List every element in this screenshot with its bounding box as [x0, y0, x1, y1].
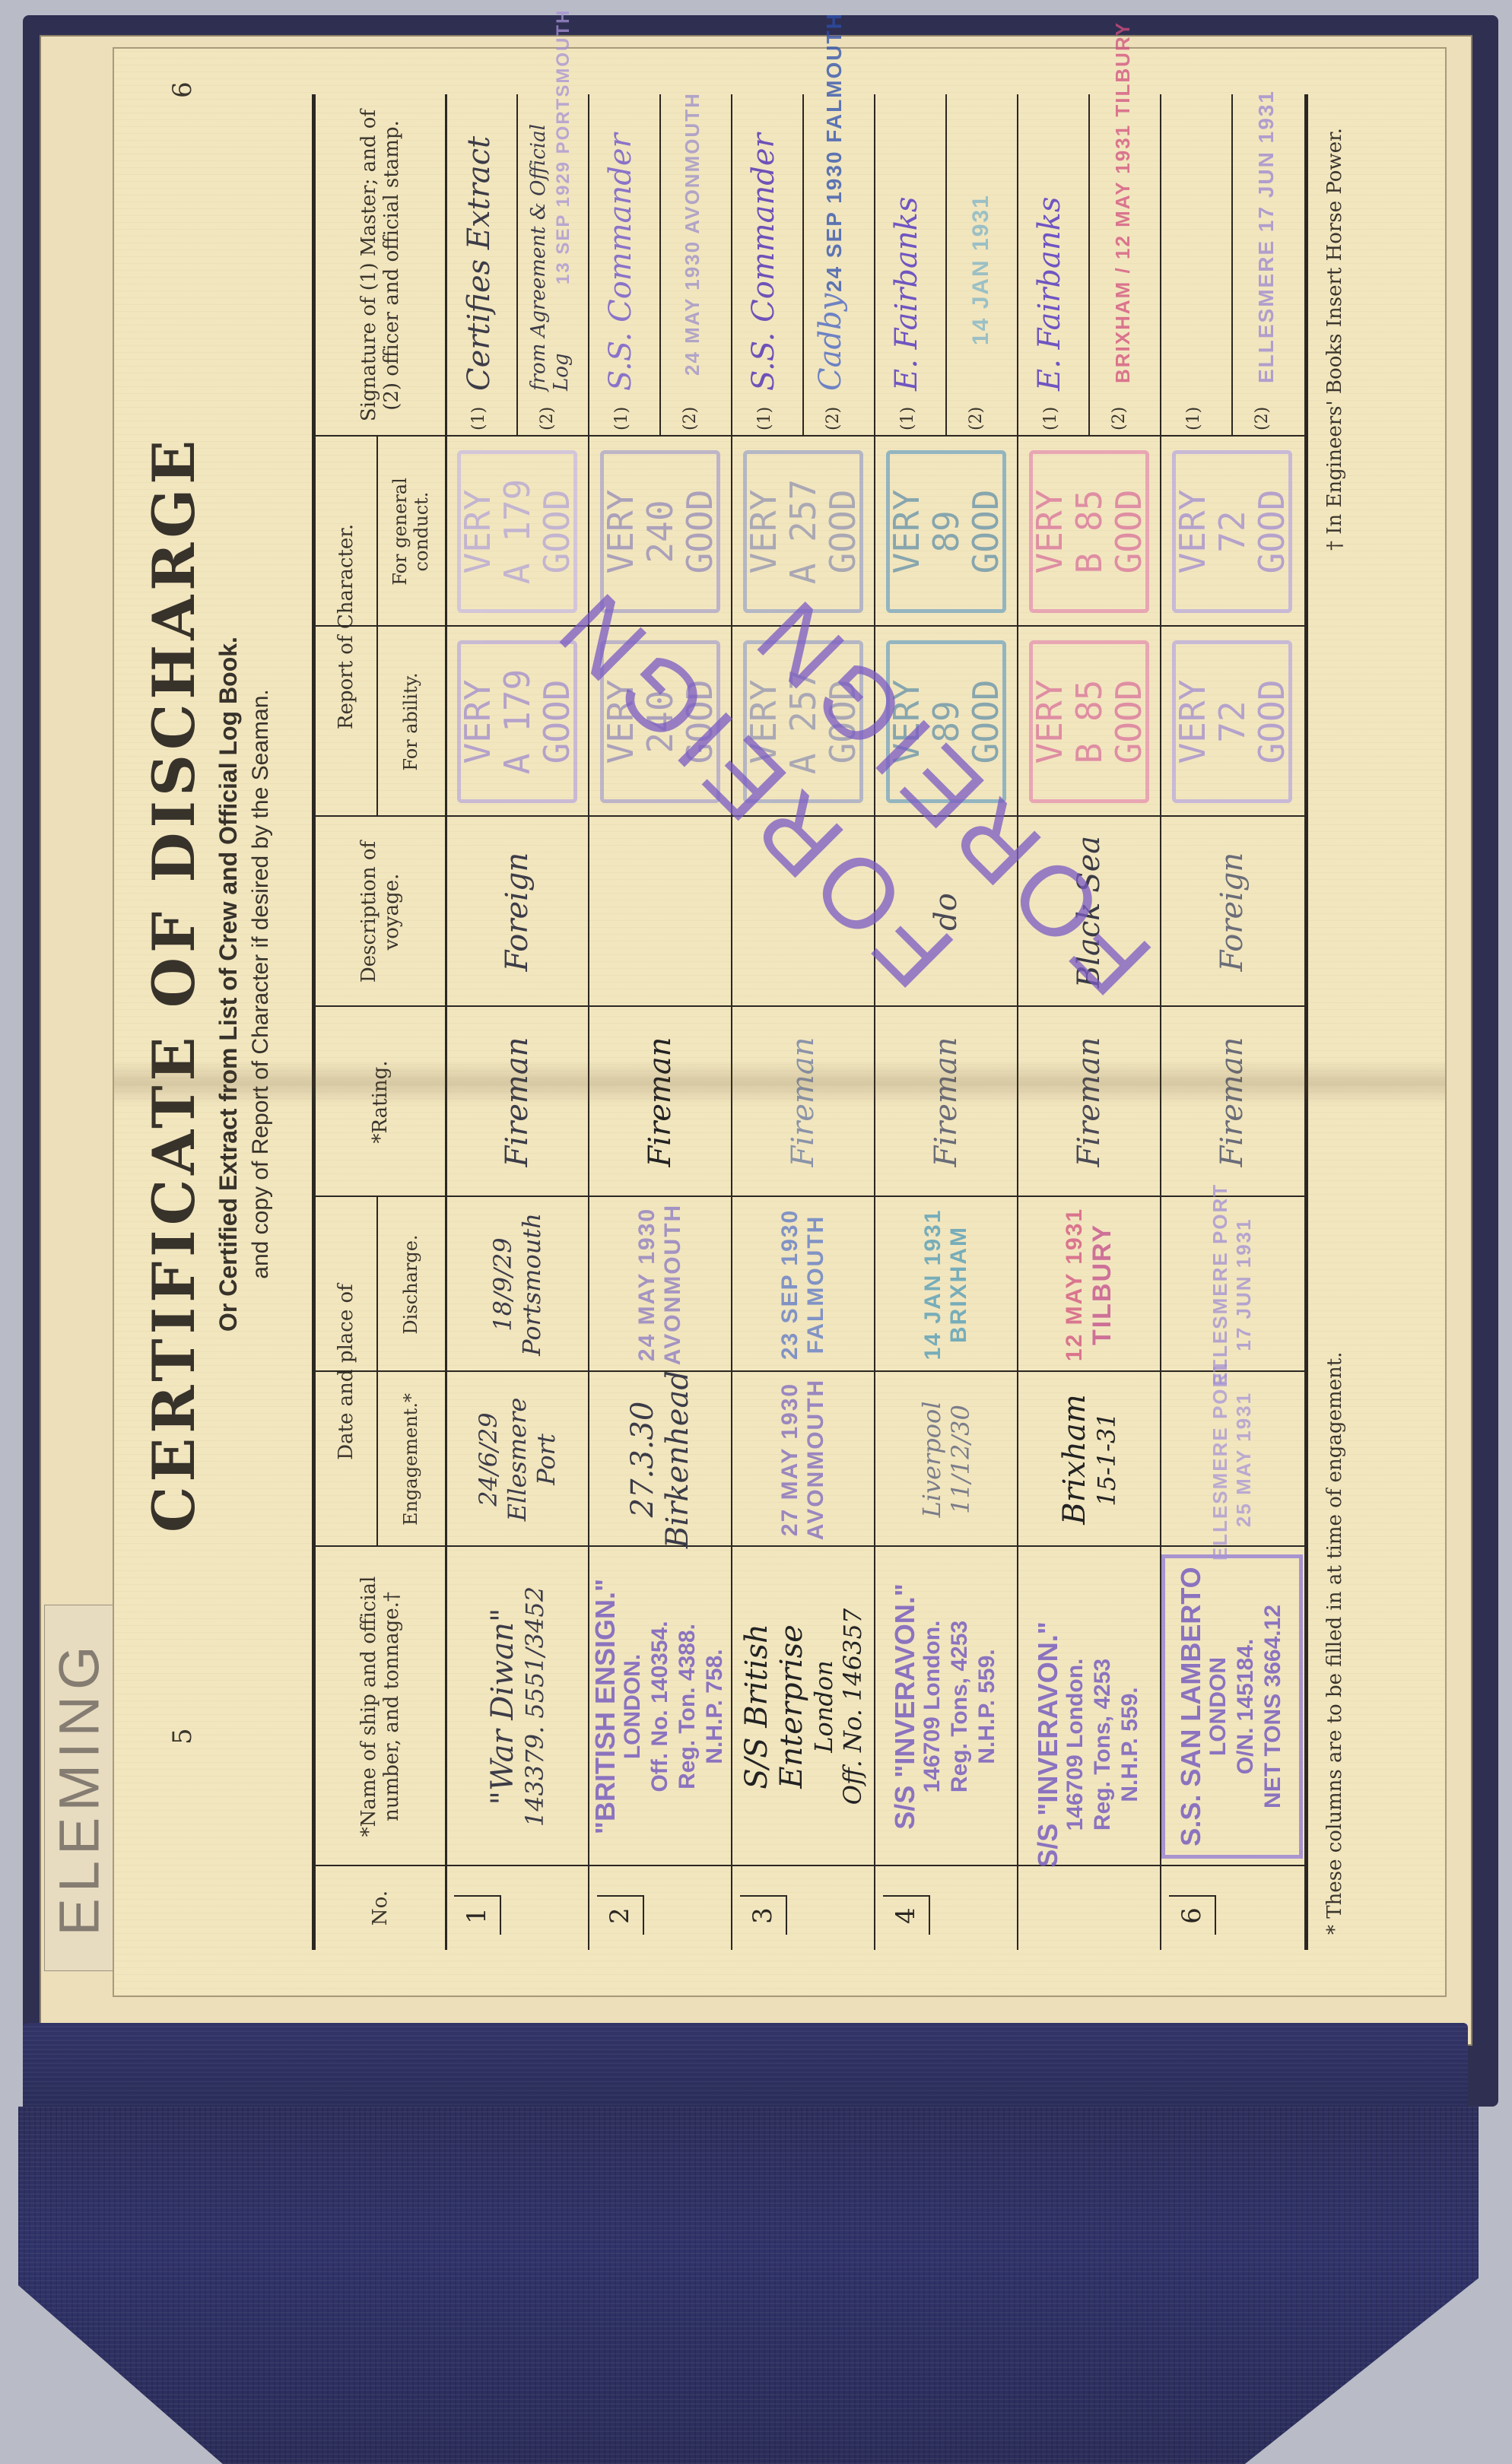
engagement-place: Birkenhead	[660, 1370, 695, 1548]
rating-value: Fireman	[929, 1037, 964, 1167]
character-stamp: VERY 89 GOOD	[886, 450, 1006, 613]
ship-name: S/S "INVERAVON."	[1034, 1621, 1062, 1868]
stamp-line: VERY	[744, 490, 783, 574]
ship-tonnage: Reg. Tons, 4253	[1089, 1659, 1117, 1831]
rating-value: Fireman	[643, 1037, 678, 1167]
ship-cell: S/S "INVERAVON." 146709 London. Reg. Ton…	[875, 1554, 1017, 1859]
stamp-line: A 179	[497, 669, 537, 774]
header-ability: For ability.	[376, 627, 447, 817]
stamp-line: VERY	[1030, 490, 1069, 574]
sig-label-2: (2)	[538, 407, 557, 430]
conduct-cell: VERY 72 GOOD	[1161, 437, 1303, 627]
engagement-cell: 27.3.30 Birkenhead	[589, 1372, 731, 1547]
stamp-line: 72	[1212, 510, 1252, 552]
signature-divider	[516, 94, 518, 437]
ship-name: S/S "INVERAVON."	[891, 1583, 919, 1830]
ship-cell: S.S. SAN LAMBERTO LONDON O/N. 145184. NE…	[1161, 1554, 1303, 1859]
sig-label-2: (2)	[1253, 407, 1272, 430]
signature-divider	[1088, 94, 1090, 437]
ship-number: O/N. 145184.	[1232, 1639, 1259, 1774]
discharge-cell: 24 MAY 1930 AVONMOUTH	[589, 1197, 731, 1372]
rating-value: Fireman	[1215, 1037, 1250, 1167]
rating-cell: Fireman	[732, 1007, 874, 1197]
certificate-title-block: CERTIFICATE OF DISCHARGE Or Certified Ex…	[132, 262, 292, 1707]
engagement-date: 24/6/29	[474, 1412, 503, 1506]
sig-label-1: (1)	[755, 407, 774, 430]
header-ship: *Name of ship and official number, and t…	[316, 1547, 447, 1866]
master-signature: S.S. Commander	[603, 102, 638, 391]
engagement-place: Liverpool	[917, 1401, 946, 1517]
ship-name: S.S. SAN LAMBERTO	[1177, 1567, 1205, 1846]
ship-nhp: N.H.P. 758.	[701, 1649, 729, 1764]
signature-cell: (1) (2) ELLESMERE 17 JUN 1931	[1161, 94, 1303, 437]
ship-number: Off. No. 146357	[838, 1608, 867, 1805]
discharge-place: Portsmouth	[517, 1213, 546, 1356]
discharge-cell: 12 MAY 1931 TILBURY	[1018, 1197, 1160, 1372]
signature-divider	[802, 94, 804, 437]
signature-cell: (1) (2) S.S. Commander 24 MAY 1930 AVONM…	[589, 94, 731, 437]
signature-divider	[659, 94, 661, 437]
stamp-line: VERY	[601, 490, 640, 574]
character-stamp: VERY 72 GOOD	[1172, 450, 1292, 613]
engagement-cell: 27 MAY 1930 AVONMOUTH	[732, 1372, 874, 1547]
official-stamp: 24 MAY 1930 AVONMOUTH	[681, 92, 704, 376]
ship-nhp: N.H.P. 559.	[1117, 1687, 1144, 1802]
title-subtitle-2: and copy of Report of Character if desir…	[248, 262, 274, 1707]
character-stamp: VERY B 85 GOOD	[1029, 640, 1149, 803]
name-tab-text: ELEMING	[47, 1640, 112, 1935]
sig-label-2: (2)	[681, 407, 700, 430]
stamp-line: GOOD	[537, 490, 577, 574]
ship-cell: S/S British Enterprise London Off. No. 1…	[732, 1554, 874, 1859]
engagement-place: ELLESMERE PORT	[1209, 1358, 1232, 1561]
engagement-date: 15-1-31	[1092, 1412, 1121, 1506]
stamp-line: VERY	[1173, 680, 1212, 764]
official-stamp: BRIXHAM / 12 MAY 1931 TILBURY	[1111, 21, 1135, 383]
signature-divider	[1231, 94, 1233, 437]
discharge-date: 24 MAY 1930	[634, 1208, 660, 1361]
ship-tonnage: NET TONS 3664.12	[1259, 1605, 1287, 1808]
ship-name: "BRITISH ENSIGN."	[592, 1579, 619, 1834]
ability-cell: VERY B 85 GOOD	[1018, 627, 1160, 817]
sig-label-1: (1)	[612, 407, 631, 430]
discharge-place: AVONMOUTH	[660, 1204, 686, 1365]
ship-number: 146709 London.	[919, 1621, 946, 1793]
row-number: 1	[454, 1895, 501, 1935]
discharge-date: 12 MAY 1931	[1062, 1208, 1088, 1361]
row-number: 3	[740, 1895, 787, 1935]
voyage-value: Foreign	[1215, 853, 1250, 972]
ship-cell: S/S "INVERAVON." 146709 London. Reg. Ton…	[1018, 1554, 1160, 1935]
page-number-left: 5	[167, 1728, 198, 1745]
signature-cell: (1) (2) E. Fairbanks BRIXHAM / 12 MAY 19…	[1018, 94, 1160, 437]
stamp-line: GOOD	[1252, 680, 1291, 764]
official-stamp: 13 SEP 1929 PORTSMOUTH	[553, 9, 574, 284]
row-number: 4	[883, 1895, 930, 1935]
signature-divider	[945, 94, 947, 437]
ship-tonnage: Reg. Ton. 4388.	[674, 1624, 701, 1789]
stamp-line: 240	[640, 500, 680, 563]
discharge-cell: 23 SEP 1930 FALMOUTH	[732, 1197, 874, 1372]
engagement-place: Brixham	[1057, 1394, 1092, 1524]
stamp-line: VERY	[1030, 680, 1069, 764]
stamp-line: GOOD	[1109, 490, 1148, 574]
rating-value: Fireman	[500, 1037, 535, 1167]
engagement-place: AVONMOUTH	[803, 1379, 829, 1540]
engagement-date: 27.3.30	[625, 1402, 660, 1518]
stamp-line: GOOD	[1109, 680, 1148, 764]
discharge-date: 14 JAN 1931	[920, 1209, 946, 1361]
footnote-engagement: * These columns are to be filled in at t…	[1323, 1352, 1346, 1935]
header-voyage: Description of voyage.	[316, 817, 447, 1007]
ship-port: LONDON.	[619, 1654, 646, 1759]
master-signature: E. Fairbanks	[1032, 102, 1067, 391]
stamp-line: GOOD	[966, 490, 1005, 574]
engagement-cell: Brixham 15-1-31	[1018, 1372, 1160, 1547]
ship-cell: "War Diwan" 143379. 5551/3452	[446, 1554, 588, 1859]
cover-pocket-flap[interactable]	[18, 2107, 1479, 2464]
rating-cell: Fireman	[446, 1007, 588, 1197]
ship-number: 146709 London.	[1062, 1659, 1089, 1831]
row-number: 2	[597, 1895, 644, 1935]
engagement-date: 25 MAY 1931	[1232, 1392, 1256, 1527]
voyage-value: Foreign	[500, 853, 535, 972]
ship-tonnage: Reg. Tons, 4253	[946, 1621, 974, 1792]
conduct-cell: VERY A 179 GOOD	[446, 437, 588, 627]
sig-label-1: (1)	[1184, 407, 1203, 430]
ship-nhp: N.H.P. 559.	[974, 1649, 1001, 1764]
sig-label-2: (2)	[1110, 407, 1129, 430]
stamp-line: GOOD	[680, 490, 719, 574]
stamp-line: 72	[1212, 700, 1252, 742]
stamp-line: GOOD	[537, 680, 577, 764]
header-discharge: Discharge.	[376, 1197, 447, 1372]
ship-port: LONDON	[1205, 1657, 1232, 1756]
stamp-line: B 85	[1069, 490, 1109, 574]
discharge-cell: ELLESMERE PORT 17 JUN 1931	[1161, 1197, 1303, 1372]
character-stamp: VERY A 179 GOOD	[457, 450, 577, 613]
rating-value: Fireman	[786, 1037, 821, 1167]
page-title: CERTIFICATE OF DISCHARGE	[140, 262, 208, 1707]
discharge-place: ELLESMERE PORT	[1209, 1183, 1232, 1386]
stamp-line: B 85	[1069, 680, 1109, 764]
engagement-cell: 24/6/29 Ellesmere Port	[446, 1372, 588, 1547]
header-conduct: For general conduct.	[376, 437, 447, 627]
engagement-date: 27 MAY 1930	[777, 1383, 803, 1536]
discharge-place: TILBURY	[1088, 1224, 1117, 1345]
sig-label-1: (1)	[1041, 407, 1060, 430]
discharge-place: BRIXHAM	[946, 1226, 972, 1343]
sig-label-1: (1)	[469, 407, 488, 430]
discharge-date: 18/9/29	[488, 1237, 517, 1331]
character-stamp: VERY B 85 GOOD	[1029, 450, 1149, 613]
stamp-line: VERY	[458, 490, 497, 574]
row-number: 6	[1169, 1895, 1216, 1935]
rotated-content: 5 6 CERTIFICATE OF DISCHARGE Or Certifie…	[114, 49, 1445, 1996]
master-signature: S.S. Commander	[746, 102, 781, 391]
rating-cell: Fireman	[1161, 1007, 1303, 1197]
ship-number: Off. No. 140354.	[646, 1621, 674, 1792]
ship-name: S/S British Enterprise	[739, 1554, 809, 1859]
discharge-date: 17 JUN 1931	[1232, 1218, 1256, 1351]
title-subtitle-1: Or Certified Extract from List of Crew a…	[214, 262, 243, 1707]
page-number-right: 6	[167, 81, 198, 98]
discharge-cell: 14 JAN 1931 BRIXHAM	[875, 1197, 1017, 1372]
header-no: No.	[316, 1866, 447, 1950]
stamp-line: 89	[926, 510, 966, 552]
master-signature: E. Fairbanks	[889, 102, 924, 391]
stamp-line: VERY	[458, 680, 497, 764]
header-signature: Signature of (1) Master; and of (2) offi…	[316, 94, 447, 437]
ship-port: London	[809, 1660, 838, 1752]
signature-cell: (1) (2) S.S. Commander Cadby 24 SEP 1930…	[732, 94, 874, 437]
official-stamp: ELLESMERE 17 JUN 1931	[1254, 90, 1279, 383]
stamp-line: GOOD	[823, 490, 862, 574]
rating-cell: Fireman	[875, 1007, 1017, 1197]
rating-cell: Fireman	[1018, 1007, 1160, 1197]
signature-cell: (1) (2) Certifies Extract from Agreement…	[446, 94, 588, 437]
ship-name: "War Diwan"	[485, 1608, 520, 1805]
engagement-date: 11/12/30	[946, 1405, 975, 1514]
character-stamp: VERY 72 GOOD	[1172, 640, 1292, 803]
conduct-cell: VERY 89 GOOD	[875, 437, 1017, 627]
official-stamp: 24 SEP 1930 FALMOUTH	[822, 12, 847, 292]
rating-cell: Fireman	[589, 1007, 731, 1197]
footnote-horse-power: † In Engineers' Books Insert Horse Power…	[1323, 128, 1346, 551]
ship-cell: "BRITISH ENSIGN." LONDON. Off. No. 14035…	[589, 1554, 731, 1859]
discharge-date: 23 SEP 1930	[777, 1209, 803, 1360]
engagement-cell: Liverpool 11/12/30	[875, 1372, 1017, 1547]
stamp-line: A 179	[497, 479, 537, 584]
ability-cell: VERY 72 GOOD	[1161, 627, 1303, 817]
stamp-line: GOOD	[1252, 490, 1291, 574]
sig-label-2: (2)	[967, 407, 986, 430]
discharge-certificate-page: 5 6 CERTIFICATE OF DISCHARGE Or Certifie…	[114, 49, 1445, 1996]
ship-number: 143379. 5551/3452	[520, 1586, 549, 1827]
engagement-place: Ellesmere Port	[503, 1372, 561, 1547]
voyage-cell: Foreign	[446, 817, 588, 1007]
discharge-cell: 18/9/29 Portsmouth	[446, 1197, 588, 1372]
stamp-line: VERY	[1173, 490, 1212, 574]
stamp-line: VERY	[887, 490, 926, 574]
discharge-table: No. *Name of ship and official number, a…	[312, 94, 1308, 1950]
name-tab: ELEMING	[44, 1605, 114, 1971]
discharge-place: FALMOUTH	[803, 1215, 829, 1354]
voyage-cell: Foreign	[1161, 817, 1303, 1007]
header-rating: *Rating.	[316, 1007, 447, 1197]
official-stamp: 14 JAN 1931	[968, 194, 994, 345]
signature-cell: (1) (2) E. Fairbanks 14 JAN 1931	[875, 94, 1017, 437]
engagement-cell: ELLESMERE PORT 25 MAY 1931	[1161, 1372, 1303, 1547]
conduct-cell: VERY B 85 GOOD	[1018, 437, 1160, 627]
sig-label-2: (2)	[824, 407, 843, 430]
stamp-line: A 257	[783, 479, 823, 584]
master-signature: Certifies Extract	[462, 102, 497, 391]
rating-value: Fireman	[1072, 1037, 1107, 1167]
sig-label-1: (1)	[898, 407, 917, 430]
header-engagement: Engagement.*	[376, 1372, 447, 1547]
